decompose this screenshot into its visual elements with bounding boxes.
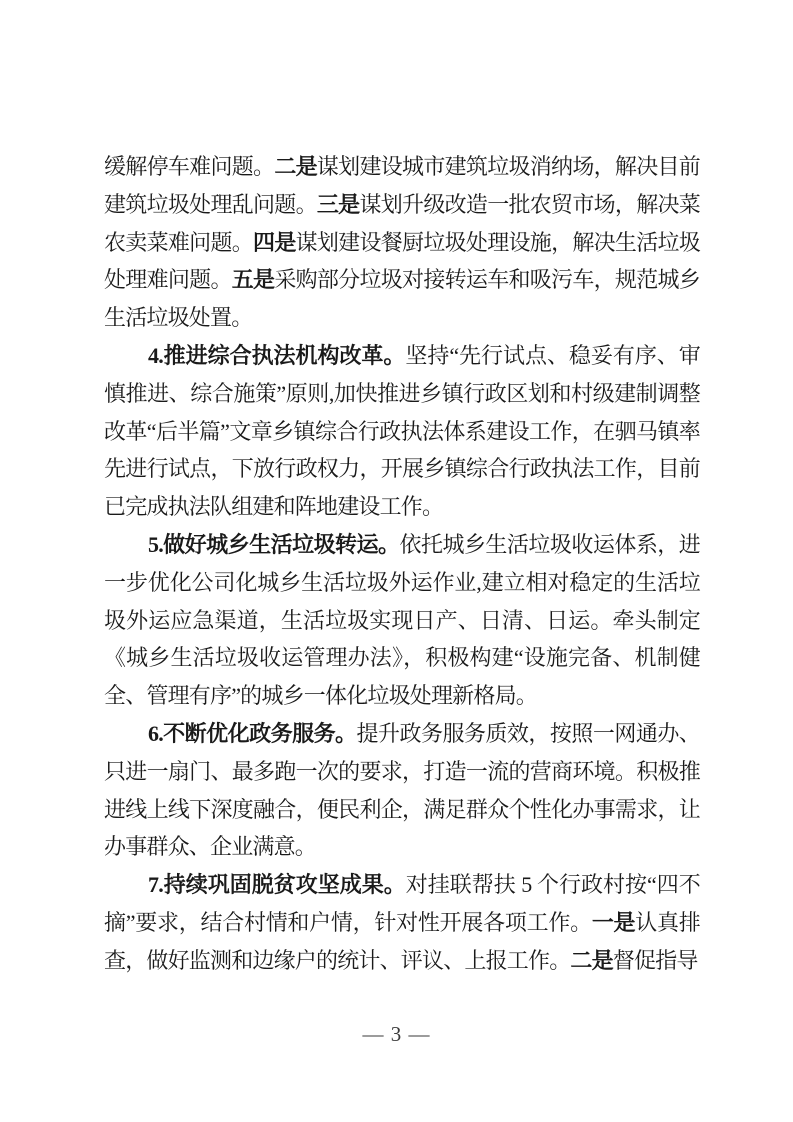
bold-run: 四是	[253, 230, 296, 255]
paragraph-item-6: 6.不断优化政务服务。提升政务服务质效，按照一网通办、只进一扇门、最多跑一次的要…	[104, 715, 700, 866]
paragraph-item-5: 5.做好城乡生活垃圾转运。依托城乡生活垃圾收运体系，进一步优化公司化城乡生活垃圾…	[104, 526, 700, 715]
paragraph-heading: 6.不断优化政务服务。	[148, 721, 357, 746]
paragraph-heading: 7.持续巩固脱贫攻坚成果。	[148, 872, 406, 897]
text-run: 坚持“先行试点、稳妥有序、审慎推进、综合施策”原则,加快推进乡镇行政区划和村级建…	[104, 343, 700, 519]
page-footer: — 3 —	[0, 1022, 793, 1047]
paragraph-heading: 5.做好城乡生活垃圾转运。	[148, 532, 400, 557]
text-run: 依托城乡生活垃圾收运体系，进一步优化公司化城乡生活垃圾外运作业,建立相对稳定的生…	[104, 532, 700, 708]
bold-run: 五是	[232, 267, 275, 292]
paragraph-item-4: 4.推进综合执法机构改革。坚持“先行试点、稳妥有序、审慎推进、综合施策”原则,加…	[104, 337, 700, 526]
bold-run: 二是	[570, 948, 612, 973]
bold-run: 二是	[274, 154, 317, 179]
paragraph-continuation: 缓解停车难问题。二是谋划建设城市建筑垃圾消纳场，解决目前建筑垃圾处理乱问题。三是…	[104, 148, 700, 337]
document-page: 缓解停车难问题。二是谋划建设城市建筑垃圾消纳场，解决目前建筑垃圾处理乱问题。三是…	[0, 0, 793, 1122]
bold-run: 一是	[592, 910, 635, 935]
page-number: — 3 —	[363, 1022, 431, 1046]
text-run: 督促指导	[613, 948, 698, 973]
document-body: 缓解停车难问题。二是谋划建设城市建筑垃圾消纳场，解决目前建筑垃圾处理乱问题。三是…	[104, 148, 700, 980]
paragraph-item-7: 7.持续巩固脱贫攻坚成果。对挂联帮扶 5 个行政村按“四不摘”要求，结合村情和户…	[104, 866, 700, 979]
paragraph-heading: 4.推进综合执法机构改革。	[148, 343, 405, 368]
bold-run: 三是	[317, 192, 360, 217]
text-run: 缓解停车难问题。	[104, 154, 274, 179]
